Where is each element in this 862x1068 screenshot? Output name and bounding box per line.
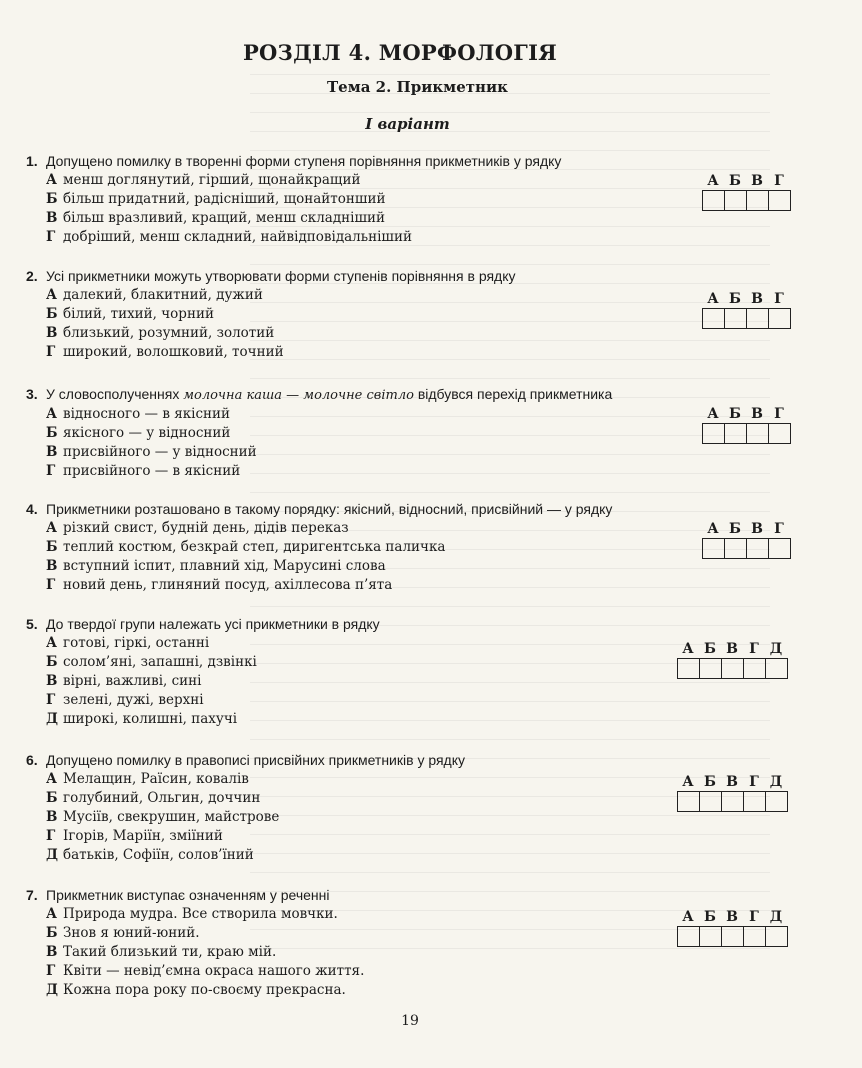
question-4: 4.Прикметники розташовано в такому поряд… (26, 500, 612, 595)
option-b: Ббільш придатний, радісніший, щонайтонши… (46, 190, 561, 209)
answer-cell[interactable] (768, 309, 790, 328)
workbook-page: РОЗДІЛ 4. МОРФОЛОГІЯ Тема 2. Прикметник … (0, 0, 862, 1068)
answer-cell[interactable] (724, 309, 746, 328)
option-b: Бякісного — у відносний (46, 424, 612, 443)
answer-cell[interactable] (765, 659, 787, 678)
question-2: 2.Усі прикметники можуть утворювати форм… (26, 267, 516, 362)
question-6: 6.Допущено помилку в правописі присвійни… (26, 751, 465, 865)
answer-cell[interactable] (743, 792, 765, 811)
option-b: Бсолом’яні, запашні, дзвінкі (46, 653, 380, 672)
answer-grid-2: АБВГ (702, 290, 791, 329)
topic-title: Тема 2. Прикметник (0, 78, 835, 96)
option-e: ДКожна пора року по-своєму прекрасна. (46, 981, 364, 1000)
option-a: Аготові, гіркі, останні (46, 634, 380, 653)
section-title: РОЗДІЛ 4. МОРФОЛОГІЯ (0, 40, 800, 65)
answer-cell[interactable] (699, 927, 721, 946)
option-a: АПрирода мудра. Все створила мовчки. (46, 905, 364, 924)
option-d: ГКвіти — невід’ємна окраса нашого життя. (46, 962, 364, 981)
option-d: Гдобріший, менш складний, найвідповідаль… (46, 228, 561, 247)
answer-grid-1: АБВГ (702, 172, 791, 211)
answer-grid-5: АБВГД (677, 640, 788, 679)
option-a: Аменш доглянутий, гірший, щонайкращий (46, 171, 561, 190)
option-d: Гзелені, дужі, верхні (46, 691, 380, 710)
answer-cell[interactable] (699, 659, 721, 678)
answer-cell[interactable] (724, 539, 746, 558)
example-phrase: молочна каша — молочне світло (183, 388, 414, 403)
answer-cell[interactable] (703, 424, 724, 443)
question-number: 1. (26, 152, 46, 171)
question-1: 1.Допущено помилку в творенні форми ступ… (26, 152, 561, 247)
answer-cell[interactable] (724, 424, 746, 443)
answer-cell[interactable] (678, 659, 699, 678)
answer-cell[interactable] (703, 191, 724, 210)
option-e: Дширокі, колишні, пахучі (46, 710, 380, 729)
answer-cell[interactable] (768, 539, 790, 558)
answer-cell[interactable] (768, 191, 790, 210)
answer-grid-3: АБВГ (702, 405, 791, 444)
answer-cell[interactable] (721, 659, 743, 678)
option-c: Ввступний іспит, плавний хід, Марусині с… (46, 557, 612, 576)
option-e: Дбатьків, Софіїн, солов’їний (46, 846, 465, 865)
answer-cell[interactable] (699, 792, 721, 811)
answer-cell[interactable] (768, 424, 790, 443)
answer-grid-4: АБВГ (702, 520, 791, 559)
answer-cell[interactable] (765, 792, 787, 811)
option-a: Арізкий свист, будній день, дідів перека… (46, 519, 612, 538)
answer-cell[interactable] (703, 309, 724, 328)
answer-cell[interactable] (721, 792, 743, 811)
question-stem: Усі прикметники можуть утворювати форми … (46, 268, 516, 284)
answer-cell[interactable] (746, 424, 768, 443)
option-c: Ввірні, важливі, сині (46, 672, 380, 691)
answer-cell[interactable] (724, 191, 746, 210)
page-number: 19 (0, 1013, 820, 1029)
option-c: Вблизький, розумний, золотий (46, 324, 516, 343)
option-d: Гприсвійного — в якісний (46, 462, 612, 481)
question-5: 5.До твердої групи належать усі прикметн… (26, 615, 380, 729)
answer-cell[interactable] (721, 927, 743, 946)
option-d: Гширокий, волошковий, точний (46, 343, 516, 362)
answer-grid-6: АБВГД (677, 773, 788, 812)
answer-cell[interactable] (746, 539, 768, 558)
question-7: 7.Прикметник виступає означенням у речен… (26, 886, 364, 1000)
option-c: ВМусіїв, свекрушин, майстрове (46, 808, 465, 827)
option-a: АМелащин, Раїсин, ковалів (46, 770, 465, 789)
answer-cell[interactable] (743, 659, 765, 678)
answer-cell[interactable] (765, 927, 787, 946)
option-c: Вприсвійного — у відносний (46, 443, 612, 462)
option-b: Бголубиний, Ольгин, доччин (46, 789, 465, 808)
option-d: ГІгорів, Маріїн, зміїний (46, 827, 465, 846)
option-c: ВТакий близький ти, краю мій. (46, 943, 364, 962)
option-b: БЗнов я юний-юний. (46, 924, 364, 943)
answer-cell[interactable] (743, 927, 765, 946)
option-b: Бтеплий костюм, безкрай степ, диригентсь… (46, 538, 612, 557)
question-3: 3.У словосполученнях молочна каша — моло… (26, 385, 612, 481)
option-a: Авідносного — в якісний (46, 405, 612, 424)
variant-title: І варіант (0, 115, 815, 133)
question-stem: Допущено помилку в творенні форми ступен… (46, 153, 561, 169)
option-c: Вбільш вразливий, кращий, менш складніши… (46, 209, 561, 228)
answer-grid-7: АБВГД (677, 908, 788, 947)
option-d: Гновий день, глиняний посуд, ахіллесова … (46, 576, 612, 595)
answer-cell[interactable] (703, 539, 724, 558)
answer-cell[interactable] (746, 191, 768, 210)
answer-cell[interactable] (678, 927, 699, 946)
answer-cell[interactable] (678, 792, 699, 811)
option-b: Ббілий, тихий, чорний (46, 305, 516, 324)
option-a: Адалекий, блакитний, дужий (46, 286, 516, 305)
answer-cell[interactable] (746, 309, 768, 328)
